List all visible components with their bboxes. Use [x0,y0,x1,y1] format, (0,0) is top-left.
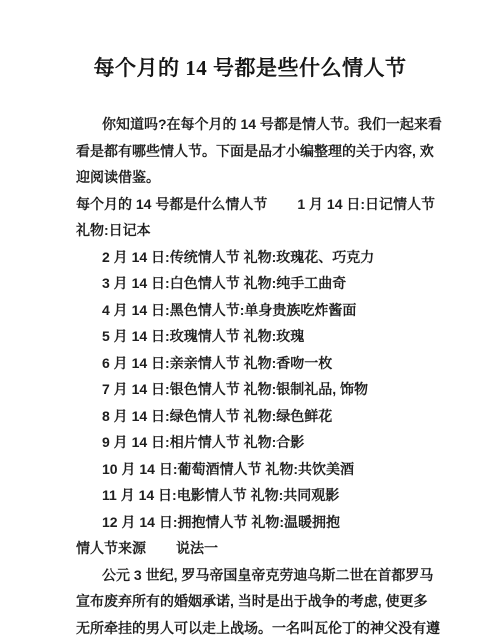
document-title: 每个月的 14 号都是些什么情人节 [0,0,500,81]
valentine-item-december: 12 月 14 日:拥抱情人节 礼物:温暖拥抱 [76,509,430,536]
valentine-item-february: 2 月 14 日:传统情人节 礼物:玫瑰花、巧克力 [76,244,430,271]
origin-heading: 情人节来源 [76,540,146,556]
intro-line-1: 你知道吗?在每个月的 14 号都是情人节。我们一起来看 [76,111,430,138]
valentine-gift-january: 礼物:日记本 [76,217,430,244]
valentine-item-september: 9 月 14 日:相片情人节 礼物:合影 [76,429,430,456]
intro-line-3: 迎阅读借鉴。 [76,164,430,191]
valentine-item-january: 1 月 14 日:日记情人节 [297,196,435,212]
document-page: 每个月的 14 号都是些什么情人节 你知道吗?在每个月的 14 号都是情人节。我… [0,0,500,636]
list-heading: 每个月的 14 号都是什么情人节 [76,196,267,212]
valentine-item-october: 10 月 14 日:葡萄酒情人节 礼物:共饮美酒 [76,456,430,483]
document-body: 你知道吗?在每个月的 14 号都是情人节。我们一起来看 看是都有哪些情人节。下面… [76,111,430,636]
origin-heading-line: 情人节来源说法一 [76,535,430,562]
origin-line-2: 宣布废弃所有的婚姻承诺, 当时是出于战争的考虑, 使更多 [76,588,430,615]
valentine-item-may: 5 月 14 日:玫瑰情人节 礼物:玫瑰 [76,323,430,350]
valentine-item-june: 6 月 14 日:亲亲情人节 礼物:香吻一枚 [76,350,430,377]
origin-line-3: 无所牵挂的男人可以走上战场。一名叫瓦伦丁的神父没有遵 [76,615,430,636]
valentine-item-april: 4 月 14 日:黑色情人节:单身贵族吃炸酱面 [76,297,430,324]
origin-line-1: 公元 3 世纪, 罗马帝国皇帝克劳迪乌斯二世在首都罗马 [76,562,430,589]
valentine-item-july: 7 月 14 日:银色情人节 礼物:银制礼品, 饰物 [76,376,430,403]
origin-subheading: 说法一 [176,540,218,556]
valentine-item-march: 3 月 14 日:白色情人节 礼物:纯手工曲奇 [76,270,430,297]
valentine-item-august: 8 月 14 日:绿色情人节 礼物:绿色鲜花 [76,403,430,430]
intro-line-2: 看是都有哪些情人节。下面是品才小编整理的关于内容, 欢 [76,138,430,165]
list-heading-line: 每个月的 14 号都是什么情人节1 月 14 日:日记情人节 [76,191,430,218]
valentine-item-november: 11 月 14 日:电影情人节 礼物:共同观影 [76,482,430,509]
